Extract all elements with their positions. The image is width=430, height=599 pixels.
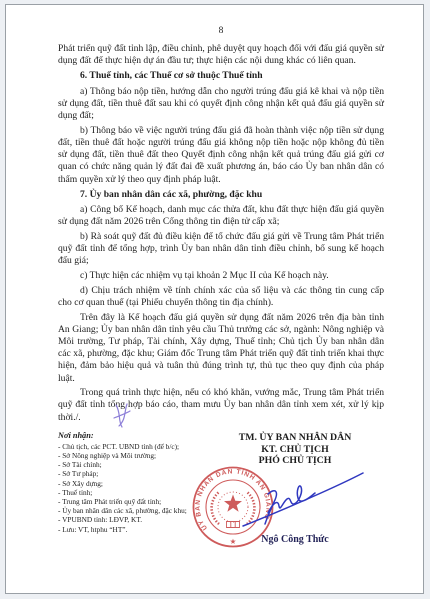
section-heading-7: 7. Ủy ban nhân dân các xã, phường, đặc k…: [58, 189, 384, 201]
recipients-label: Nơi nhận:: [58, 431, 218, 440]
seal-wreath-right: [247, 492, 254, 524]
recipient-item: - Sở Nông nghiệp và Môi trường;: [58, 451, 218, 460]
document-page: 8 Phát triển quỹ đất tỉnh lập, điều chỉn…: [5, 4, 424, 594]
body-paragraph: b) Thông báo về việc người trúng đấu giá…: [58, 125, 384, 186]
seal-center-star: [224, 495, 242, 512]
body-paragraph: a) Công bố Kế hoạch, danh mục các thửa đ…: [58, 204, 384, 228]
signature-acting: KT. CHỦ TỊCH: [202, 444, 388, 456]
page-number: 8: [58, 26, 384, 36]
body-paragraph: c) Thực hiện các nhiệm vụ tại khoản 2 Mụ…: [58, 270, 384, 282]
signature-on-behalf: TM. ỦY BAN NHÂN DÂN: [202, 432, 388, 444]
body-paragraph: d) Chịu trách nhiệm về tính chính xác củ…: [58, 285, 384, 309]
signer-name: Ngô Công Thức: [202, 534, 388, 545]
body-paragraph: a) Thông báo nộp tiền, hướng dẫn cho ngư…: [58, 86, 384, 123]
document-body: Phát triển quỹ đất tỉnh lập, điều chỉnh,…: [58, 43, 384, 424]
body-paragraph: Trong quá trình thực hiện, nếu có khó kh…: [58, 387, 384, 424]
body-paragraph: b) Rà soát quỹ đất đủ điều kiện để tổ ch…: [58, 231, 384, 268]
body-paragraph: Phát triển quỹ đất tỉnh lập, điều chỉnh,…: [58, 43, 384, 67]
seal-cog: [227, 522, 240, 528]
signature-heading: TM. ỦY BAN NHÂN DÂN KT. CHỦ TỊCH PHÓ CHỦ…: [202, 432, 388, 467]
section-heading-6: 6. Thuế tỉnh, các Thuế cơ sở thuộc Thuế …: [58, 70, 384, 82]
body-paragraph: Trên đây là Kế hoạch đấu giá quyền sử dụ…: [58, 312, 384, 385]
recipient-item: - Chủ tịch, các PCT. UBND tỉnh (để b/c);: [58, 442, 218, 451]
